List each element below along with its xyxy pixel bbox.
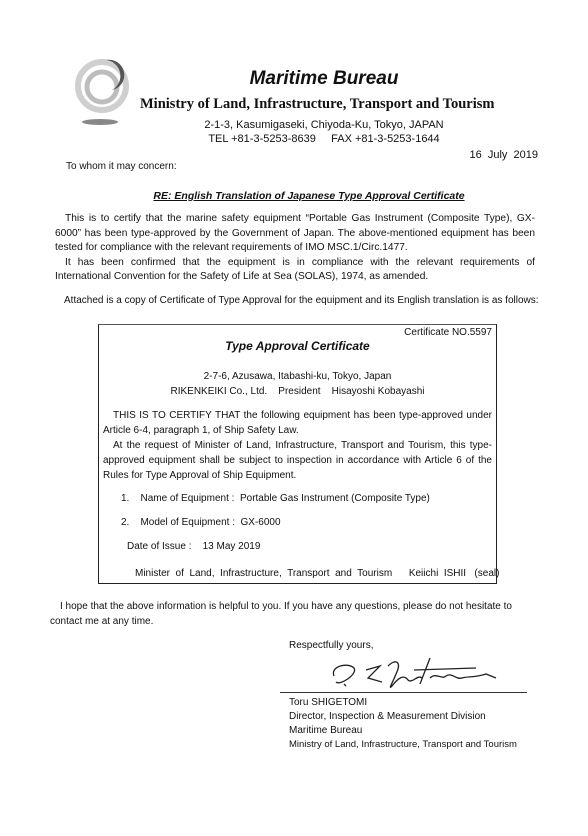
holder-name: RIKENKEIKI Co., Ltd. President Hisayoshi… [99, 386, 496, 397]
body-paragraph: This is to certify that the marine safet… [55, 212, 535, 256]
holder-address: 2-7-6, Azusawa, Itabashi-ku, Tokyo, Japa… [99, 371, 496, 382]
greeting: To whom it may concern: [66, 161, 177, 172]
letterhead-contact: TEL +81-3-5253-8639 FAX +81-3-5253-1644 [0, 133, 588, 145]
handwritten-signature-icon [326, 656, 506, 694]
closing-paragraph: I hope that the above information is hel… [50, 599, 530, 629]
certificate-title: Type Approval Certificate [99, 339, 496, 353]
signer-org: Maritime Bureau [289, 725, 362, 736]
letter-date: 16 July 2019 [470, 149, 539, 161]
certificate-body: THIS IS TO CERTIFY THAT the following eq… [103, 408, 492, 483]
certificate-box: Certificate NO.5597 Type Approval Certif… [98, 324, 497, 584]
attached-note: Attached is a copy of Certificate of Typ… [64, 295, 539, 306]
signer-title: Director, Inspection & Measurement Divis… [289, 711, 486, 722]
ministry-name: Ministry of Land, Infrastructure, Transp… [140, 96, 495, 113]
letterhead-address: 2-1-3, Kasumigaseki, Chiyoda-Ku, Tokyo, … [0, 119, 588, 131]
signature-line [280, 692, 527, 693]
valediction: Respectfully yours, [289, 640, 373, 651]
letter-body: This is to certify that the marine safet… [55, 212, 535, 285]
body-paragraph: It has been confirmed that the equipment… [55, 256, 535, 285]
subject-line: RE: English Translation of Japanese Type… [0, 190, 588, 202]
bureau-title: Maritime Bureau [0, 68, 588, 90]
date-of-issue: Date of Issue : 13 May 2019 [127, 541, 260, 552]
issuer-line: Minister of Land, Infrastructure, Transp… [135, 568, 499, 579]
equipment-item: 2. Model of Equipment : GX-6000 [121, 517, 281, 528]
equipment-item: 1. Name of Equipment : Portable Gas Inst… [121, 493, 430, 504]
signer-ministry: Ministry of Land, Infrastructure, Transp… [289, 739, 517, 750]
certificate-paragraph: At the request of Minister of Land, Infr… [103, 438, 492, 483]
certificate-paragraph: THIS IS TO CERTIFY THAT the following eq… [103, 408, 492, 438]
maritime-bureau-logo-icon [72, 56, 142, 126]
certificate-number: Certificate NO.5597 [404, 327, 492, 338]
signer-name: Toru SHIGETOMI [289, 697, 367, 708]
